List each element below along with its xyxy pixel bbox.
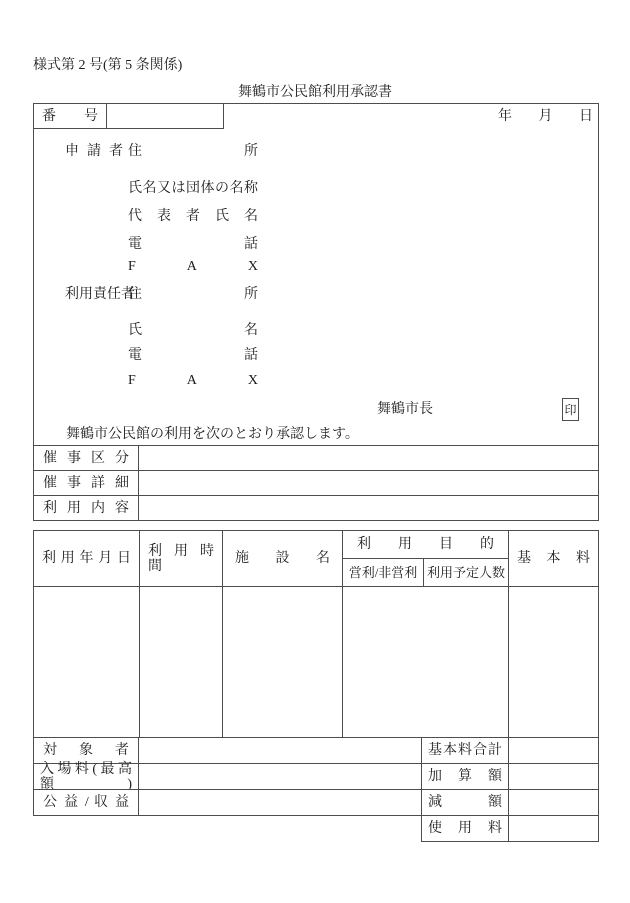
- event-detail-label-cell: 催 事 詳 細: [33, 470, 139, 496]
- event-detail-label: 催 事 詳 細: [34, 476, 138, 491]
- responsible-address-label: 住 所: [128, 287, 258, 302]
- responsible-fax-label: F A X: [128, 373, 258, 388]
- page-title: 舞鶴市公民館利用承認書: [0, 81, 630, 101]
- event-category-label-cell: 催 事 区 分: [33, 445, 139, 471]
- header-usage-time-label: 利 用 時 間: [140, 544, 222, 574]
- header-profit-nonprofit: 営利/非営利: [342, 558, 424, 587]
- reduced-amount-value-cell[interactable]: [508, 789, 599, 816]
- applicant-phone-label: 電 話: [128, 237, 258, 252]
- date-line: 年 月 日: [498, 109, 593, 124]
- applicant-name-or-org-label: 氏名又は団体の名称: [128, 181, 258, 196]
- added-amount-label: 加 算 額: [422, 769, 508, 784]
- base-fee-total-label: 基本料合計: [422, 743, 508, 758]
- body-usage-time-cell[interactable]: [139, 586, 223, 738]
- number-value-cell[interactable]: [106, 103, 224, 129]
- base-fee-total-label-cell: 基本料合計: [421, 737, 509, 764]
- header-profit-nonprofit-label: 営利/非営利: [343, 565, 423, 580]
- base-fee-total-value-cell[interactable]: [508, 737, 599, 764]
- responsible-name-label: 氏 名: [128, 323, 258, 338]
- responsible-phone-label: 電 話: [128, 348, 258, 363]
- mayor-label: 舞鶴市長: [377, 402, 433, 417]
- target-people-value-cell[interactable]: [138, 737, 422, 764]
- usage-content-value-cell[interactable]: [138, 495, 599, 521]
- public-benefit-label-cell: 公 益 / 収 益: [33, 789, 139, 816]
- entrance-fee-label: 入場料(最高額): [34, 762, 138, 792]
- approval-form-page: 様式第 2 号(第 5 条関係) 舞鶴市公民館利用承認書 番 号 年 月 日 申…: [0, 0, 630, 903]
- header-usage-time: 利 用 時 間: [139, 530, 223, 587]
- usage-content-label: 利 用 内 容: [34, 501, 138, 516]
- usage-content-label-cell: 利 用 内 容: [33, 495, 139, 521]
- header-usage-purpose: 利 用 目 的: [342, 530, 509, 559]
- usage-fee-label: 使 用 料: [422, 821, 508, 836]
- form-number: 様式第 2 号(第 5 条関係): [33, 58, 182, 73]
- header-expected-people: 利用予定人数: [423, 558, 509, 587]
- entrance-fee-label-cell: 入場料(最高額): [33, 763, 139, 790]
- public-benefit-value-cell[interactable]: [138, 789, 422, 816]
- header-expected-people-label: 利用予定人数: [424, 565, 508, 580]
- usage-fee-value-cell[interactable]: [508, 815, 599, 842]
- applicant-fax-label: F A X: [128, 259, 258, 274]
- public-benefit-label: 公 益 / 収 益: [34, 795, 138, 810]
- body-usage-purpose-cell[interactable]: [342, 586, 509, 738]
- header-facility-name: 施 設 名: [222, 530, 343, 587]
- added-amount-label-cell: 加 算 額: [421, 763, 509, 790]
- applicant-address-label: 住 所: [128, 144, 258, 159]
- applicant-section-label: 申 請 者: [65, 144, 123, 159]
- body-facility-name-cell[interactable]: [222, 586, 343, 738]
- event-detail-value-cell[interactable]: [138, 470, 599, 496]
- responsible-section-label: 利用責任者: [65, 287, 135, 302]
- seal-box: 印: [562, 398, 579, 421]
- header-base-fee-label: 基 本 料: [509, 551, 598, 566]
- entrance-fee-value-cell[interactable]: [138, 763, 422, 790]
- number-label-cell: 番 号: [33, 103, 107, 129]
- body-usage-date-cell[interactable]: [33, 586, 140, 738]
- event-category-label: 催 事 区 分: [34, 451, 138, 466]
- event-category-value-cell[interactable]: [138, 445, 599, 471]
- header-facility-name-label: 施 設 名: [223, 551, 342, 566]
- approval-sentence: 舞鶴市公民館の利用を次のとおり承認します。: [66, 427, 359, 442]
- body-base-fee-cell[interactable]: [508, 586, 599, 738]
- usage-fee-label-cell: 使 用 料: [421, 815, 509, 842]
- header-usage-date-label: 利 用 年 月 日: [34, 551, 139, 566]
- header-usage-purpose-label: 利 用 目 的: [343, 537, 508, 552]
- target-people-label-cell: 対 象 者: [33, 737, 139, 764]
- number-label: 番 号: [34, 109, 106, 124]
- reduced-amount-label-cell: 減 額: [421, 789, 509, 816]
- reduced-amount-label: 減 額: [422, 795, 508, 810]
- header-usage-date: 利 用 年 月 日: [33, 530, 140, 587]
- target-people-label: 対 象 者: [34, 743, 138, 758]
- applicant-representative-label: 代 表 者 氏 名: [128, 209, 258, 224]
- seal-label: 印: [564, 401, 576, 418]
- added-amount-value-cell[interactable]: [508, 763, 599, 790]
- header-base-fee: 基 本 料: [508, 530, 599, 587]
